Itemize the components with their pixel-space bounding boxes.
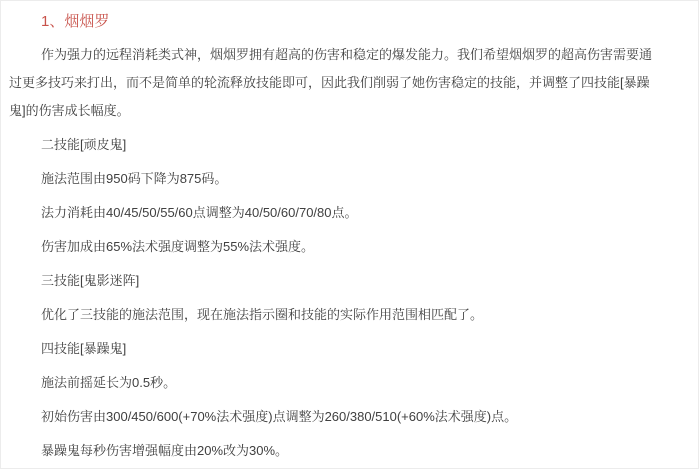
- skill4-heading: 四技能[暴躁鬼]: [9, 335, 662, 363]
- skill4-damage-growth-change: 暴躁鬼每秒伤害增强幅度由20%改为30%。: [9, 437, 662, 465]
- skill2-mana-cost-change: 法力消耗由40/45/50/55/60点调整为40/50/60/70/80点。: [9, 199, 662, 227]
- skill4-cast-delay-change: 施法前摇延长为0.5秒。: [9, 369, 662, 397]
- intro-paragraph: 作为强力的远程消耗类式神，烟烟罗拥有超高的伤害和稳定的爆发能力。我们希望烟烟罗的…: [9, 41, 662, 125]
- skill3-heading: 三技能[鬼影迷阵]: [9, 267, 662, 295]
- page-title: 1、烟烟罗: [9, 9, 662, 35]
- patch-notes-article: 1、烟烟罗 作为强力的远程消耗类式神，烟烟罗拥有超高的伤害和稳定的爆发能力。我们…: [1, 1, 698, 468]
- patch-notes-page: { "colors": { "title_accent": "#c8524a",…: [0, 0, 699, 469]
- skill2-heading: 二技能[顽皮鬼]: [9, 131, 662, 159]
- skill2-cast-range-change: 施法范围由950码下降为875码。: [9, 165, 662, 193]
- skill2-damage-ratio-change: 伤害加成由65%法术强度调整为55%法术强度。: [9, 233, 662, 261]
- skill4-initial-damage-change: 初始伤害由300/450/600(+70%法术强度)点调整为260/380/51…: [9, 403, 662, 431]
- skill3-range-optimization: 优化了三技能的施法范围，现在施法指示圈和技能的实际作用范围相匹配了。: [9, 301, 662, 329]
